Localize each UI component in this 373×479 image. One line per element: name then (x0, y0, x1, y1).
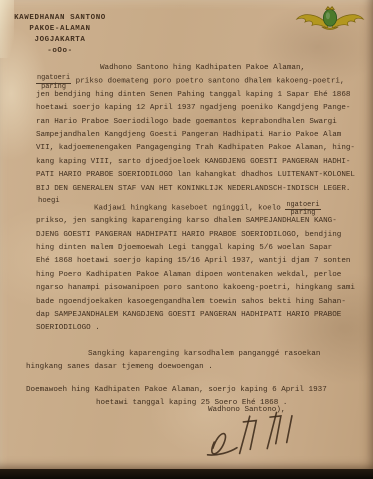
paragraph1-line: jen bendjing hing dinten Senen Pahing ta… (36, 89, 366, 102)
paragraph3-line: Sangking kaparenging karsodhalem pangang… (36, 348, 366, 361)
closing-line: Doemawoeh hing Kadhipaten Pakoe Alaman, … (26, 384, 366, 397)
paragraph1-line: hoetawi soerjo kaping 12 April 1937 ngad… (36, 102, 366, 115)
paragraph2-line: bade ngoendjoekaken kasoegengandhalem to… (36, 296, 366, 309)
scanned-letter: KAWEDHANAN SANTONO PAKOE-ALAMAN JOGJAKAR… (0, 0, 373, 479)
letterhead-city: JOGJAKARTA (0, 35, 128, 46)
paragraph1-line: BIJ DEN GENERALEN STAF VAN HET KONINKLIJ… (36, 183, 366, 196)
letterhead-org: KAWEDHANAN SANTONO (0, 13, 128, 24)
paragraph1-line: VII, kadjoemenengaken Pangagenging Trah … (36, 142, 366, 155)
paragraph2-line: dap SAMPEJANDHALEM KANGDJENG GOESTI PANG… (36, 309, 366, 322)
letter-body: Wadhono Santono hing Kadhipaten Pakoe Al… (36, 62, 366, 410)
paragraph2-line: hing dinten malem Djoemoewah Legi tangga… (36, 242, 366, 255)
paragraph1-line: PATI HARIO PRABOE SOERIODILOGO lan kahan… (36, 169, 366, 182)
inserted-word: hoegi (38, 195, 60, 208)
paragraph3: Sangking kaparenging karsodhalem pangang… (36, 348, 366, 375)
paragraph1-line: ran Hario Praboe Soeriodilogo bade goema… (36, 116, 366, 129)
letterhead-place: PAKOE-ALAMAN (0, 24, 128, 35)
signature-block: Wadhono Santono), (200, 406, 360, 414)
paragraph2-line: Kadjawi hingkang kaseboet nginggil, koel… (36, 202, 366, 215)
paragraph3-line: hingkang sanes dasar tjemeng doewoengan … (26, 361, 366, 374)
paragraph1-line: ngatoeriparing prikso doemateng poro poe… (36, 75, 366, 88)
paper-sheet: KAWEDHANAN SANTONO PAKOE-ALAMAN JOGJAKAR… (0, 0, 373, 469)
paragraph2-line: DJENG GOESTI PANGERAN HADHIPATI HARIO PR… (36, 229, 366, 242)
paragraph2-line: ngarso hanampi pisowanipoen poro santono… (36, 282, 366, 295)
paragraph2: hoegi Kadjawi hingkang kaseboet nginggil… (36, 202, 366, 336)
paragraph2-line: SOERIODILOGO . (36, 322, 366, 335)
letterhead: KAWEDHANAN SANTONO PAKOE-ALAMAN JOGJAKAR… (0, 13, 128, 57)
paragraph2-line: Ehé 1868 hoetawi soerjo kaping 15/16 Apr… (36, 255, 366, 268)
scan-shadow-edge (0, 469, 373, 479)
paragraph1-line: kang kaping VIII, sarto djoedjoeloek KAN… (36, 156, 366, 169)
winged-crest-icon (295, 6, 365, 43)
paragraph1-line: Sampejandhalen Kangdjeng Goesti Pangeran… (36, 129, 366, 142)
handwritten-signature (195, 404, 310, 470)
letterhead-divider: -oOo- (0, 46, 128, 57)
paragraph2-line: hing Poero Kadhipaten Pakoe Alaman dipoe… (36, 269, 366, 282)
paragraph2-line: prikso, jen sangking kaparenging karso d… (36, 215, 366, 228)
salutation: Wadhono Santono hing Kadhipaten Pakoe Al… (36, 62, 366, 75)
